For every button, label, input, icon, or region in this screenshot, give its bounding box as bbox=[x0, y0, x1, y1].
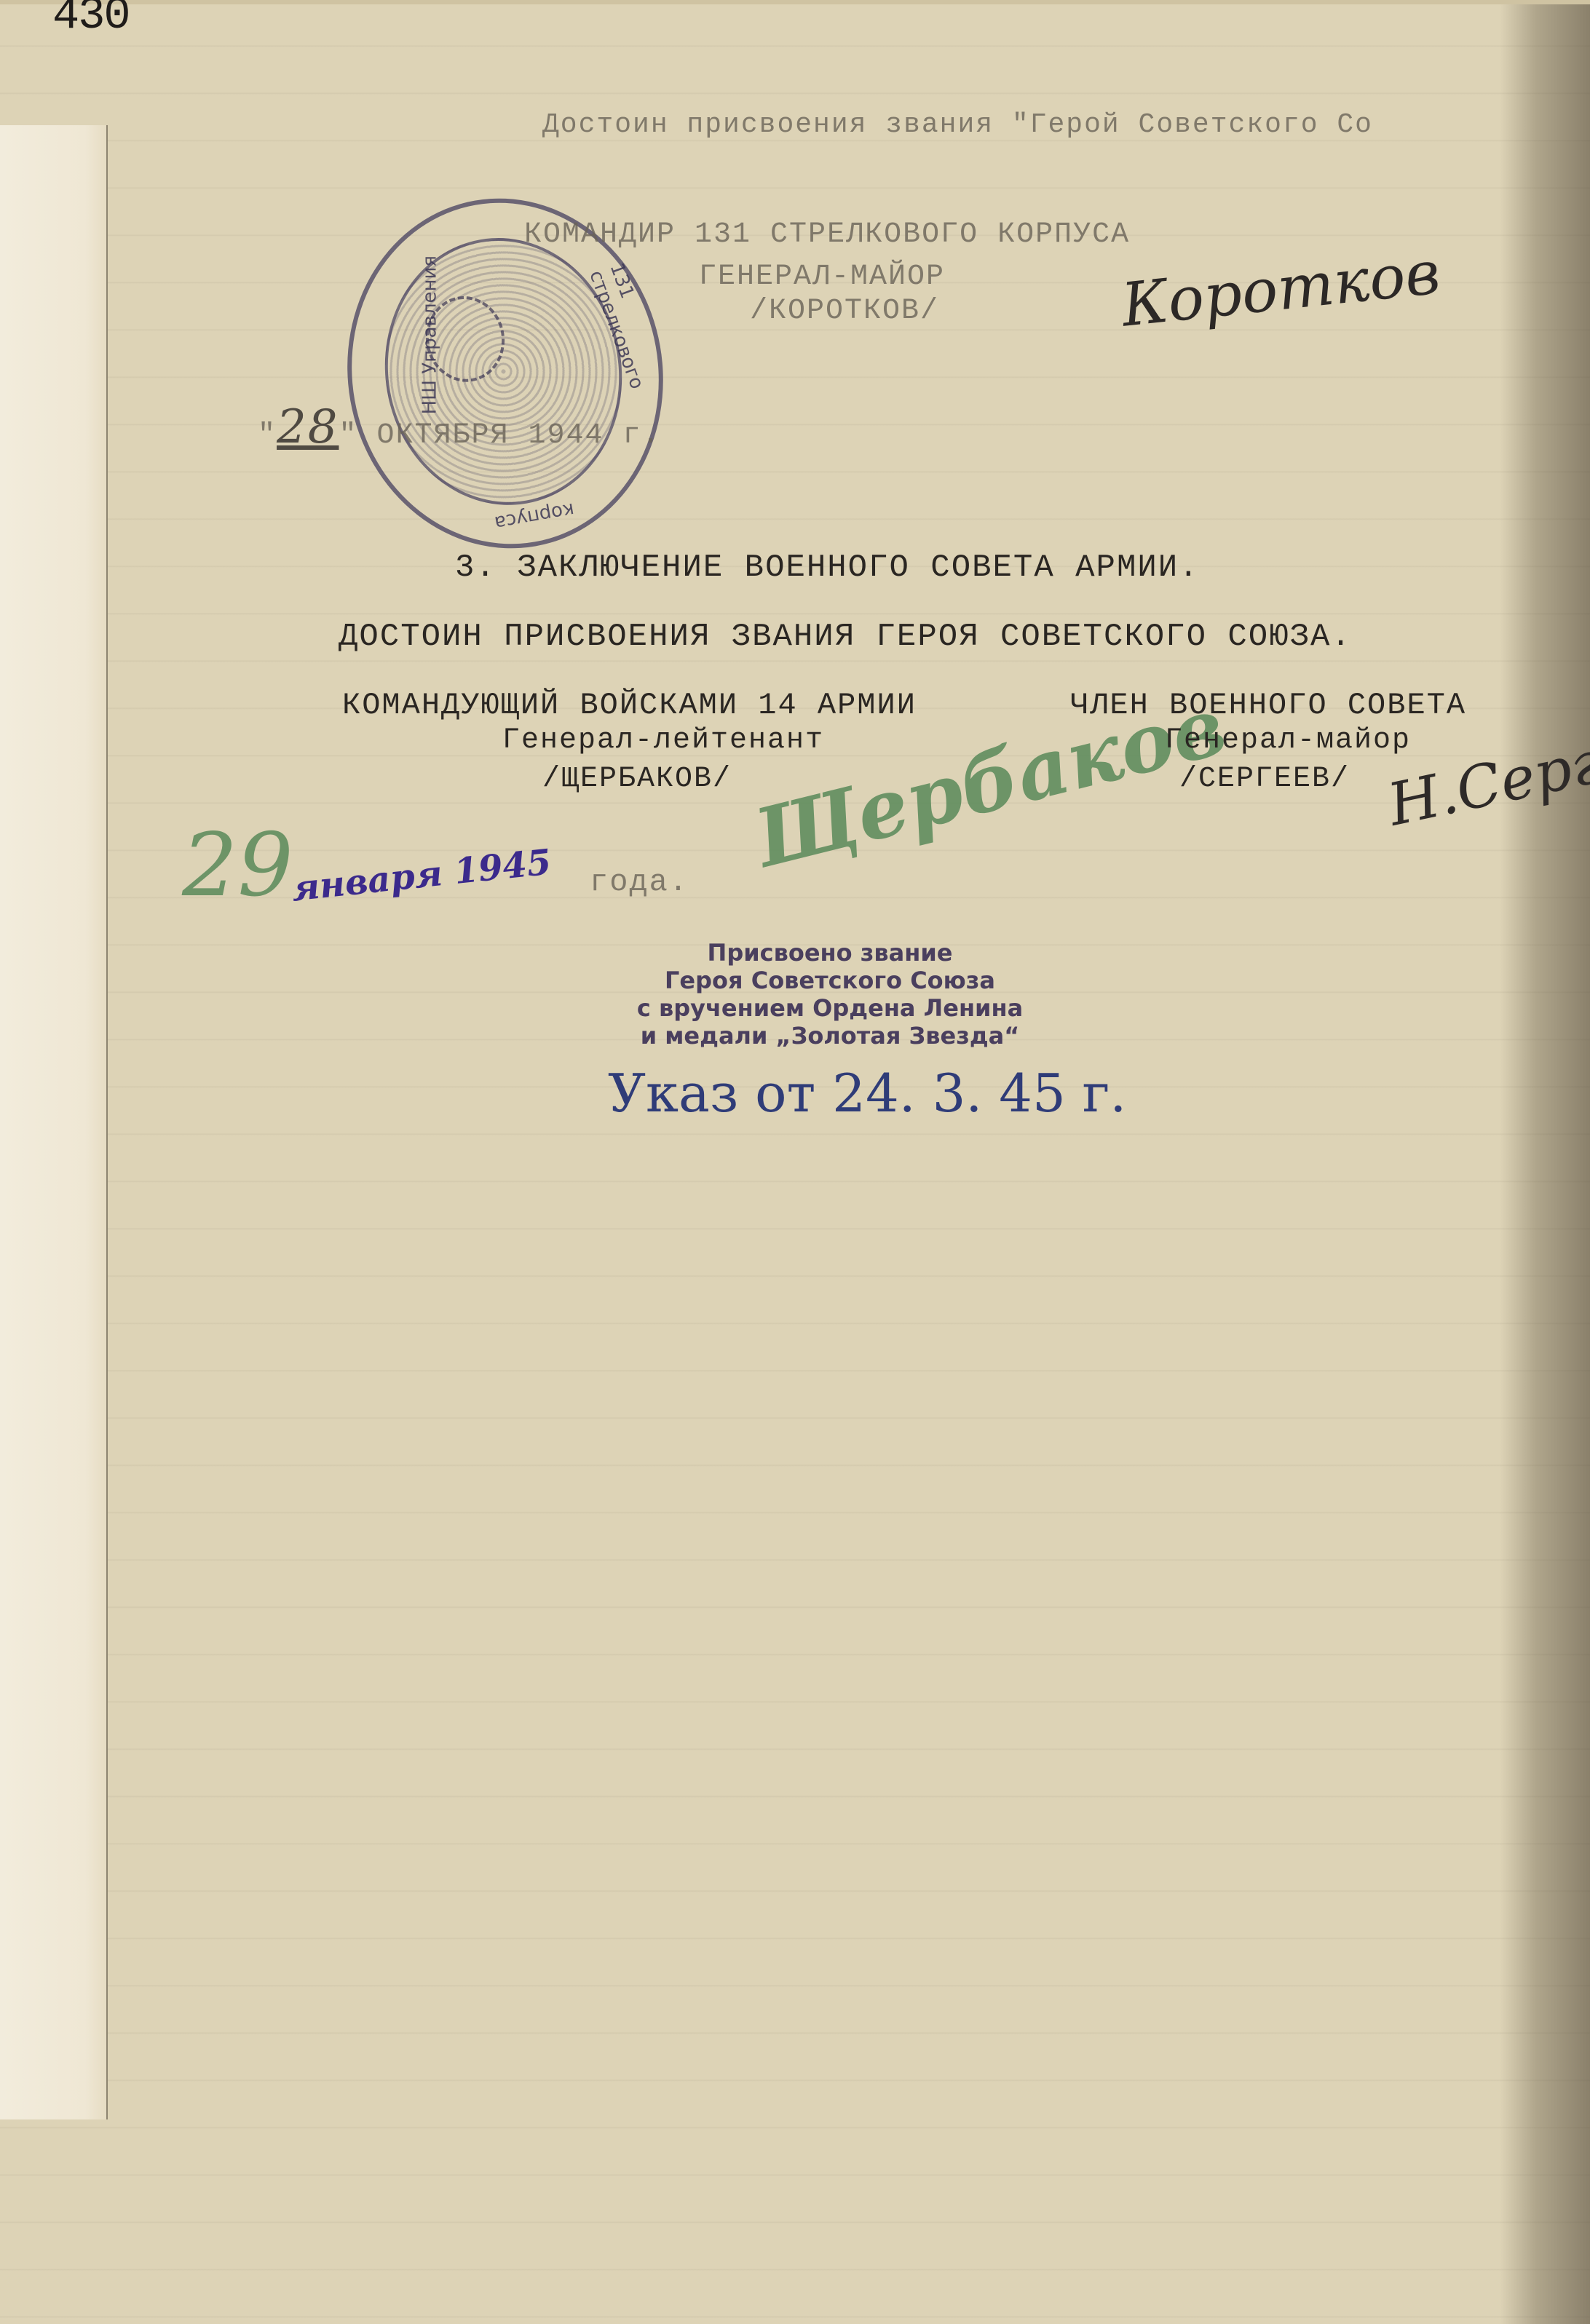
army-commander-rank: Генерал-лейтенант bbox=[502, 724, 824, 757]
army-commander-title: КОМАНДУЮЩИЙ ВОЙСКАМИ 14 АРМИИ bbox=[342, 688, 917, 723]
section3-heading: 3. ЗАКЛЮЧЕНИЕ ВОЕННОГО СОВЕТА АРМИИ. bbox=[455, 550, 1200, 586]
award-stamp: Присвоено звание Героя Советского Союза … bbox=[612, 939, 1048, 1050]
council-member-rank: Генерал-майор bbox=[1165, 724, 1411, 757]
corps-commander-title: КОМАНДИР 131 СТРЕЛКОВОГО КОРПУСА bbox=[524, 218, 1130, 251]
corps-commander-signature: Коротков bbox=[1118, 238, 1443, 340]
section3-verdict: ДОСТОИН ПРИСВОЕНИЯ ЗВАНИЯ ГЕРОЯ СОВЕТСКО… bbox=[339, 619, 1352, 655]
header-line: Достоин присвоения звания "Герой Советск… bbox=[542, 109, 1373, 140]
army-date-day: 29 bbox=[182, 815, 293, 916]
award-stamp-line: Героя Советского Союза bbox=[612, 967, 1048, 994]
corps-commander-rank: ГЕНЕРАЛ-МАЙОР bbox=[699, 261, 945, 293]
document-page: 430 Достоин присвоения звания "Герой Сов… bbox=[0, 0, 1590, 2324]
army-date-month-year: января 1945 bbox=[290, 841, 553, 909]
binding-paper-strip bbox=[0, 125, 108, 2119]
army-commander-name: /ЩЕРБАКОВ/ bbox=[542, 763, 732, 796]
award-stamp-line: Присвоено звание bbox=[612, 939, 1048, 967]
corps-date-line: "28" ОКТЯБРЯ 1944 г. bbox=[182, 368, 661, 487]
award-stamp-line: и медали „Золотая Звезда“ bbox=[612, 1022, 1048, 1050]
decree-note: Указ от 24. 3. 45 г. bbox=[608, 1063, 1126, 1124]
award-stamp-line: с вручением Ордена Ленина bbox=[612, 994, 1048, 1022]
council-member-title: ЧЛЕН ВОЕННОГО СОВЕТА bbox=[1070, 688, 1466, 723]
folio-number: 430 bbox=[52, 0, 130, 41]
council-member-signature: Н.Серг bbox=[1383, 728, 1590, 838]
corps-date-rest: " ОКТЯБРЯ 1944 г. bbox=[339, 419, 660, 452]
corps-date-open-quote: " bbox=[258, 419, 277, 452]
council-member-name: /СЕРГЕЕВ/ bbox=[1179, 763, 1350, 796]
corps-date-day: 28 bbox=[277, 400, 339, 454]
army-date-suffix: года. bbox=[590, 865, 689, 900]
top-edge bbox=[0, 0, 1590, 4]
corps-commander-name: /КОРОТКОВ/ bbox=[750, 295, 939, 328]
